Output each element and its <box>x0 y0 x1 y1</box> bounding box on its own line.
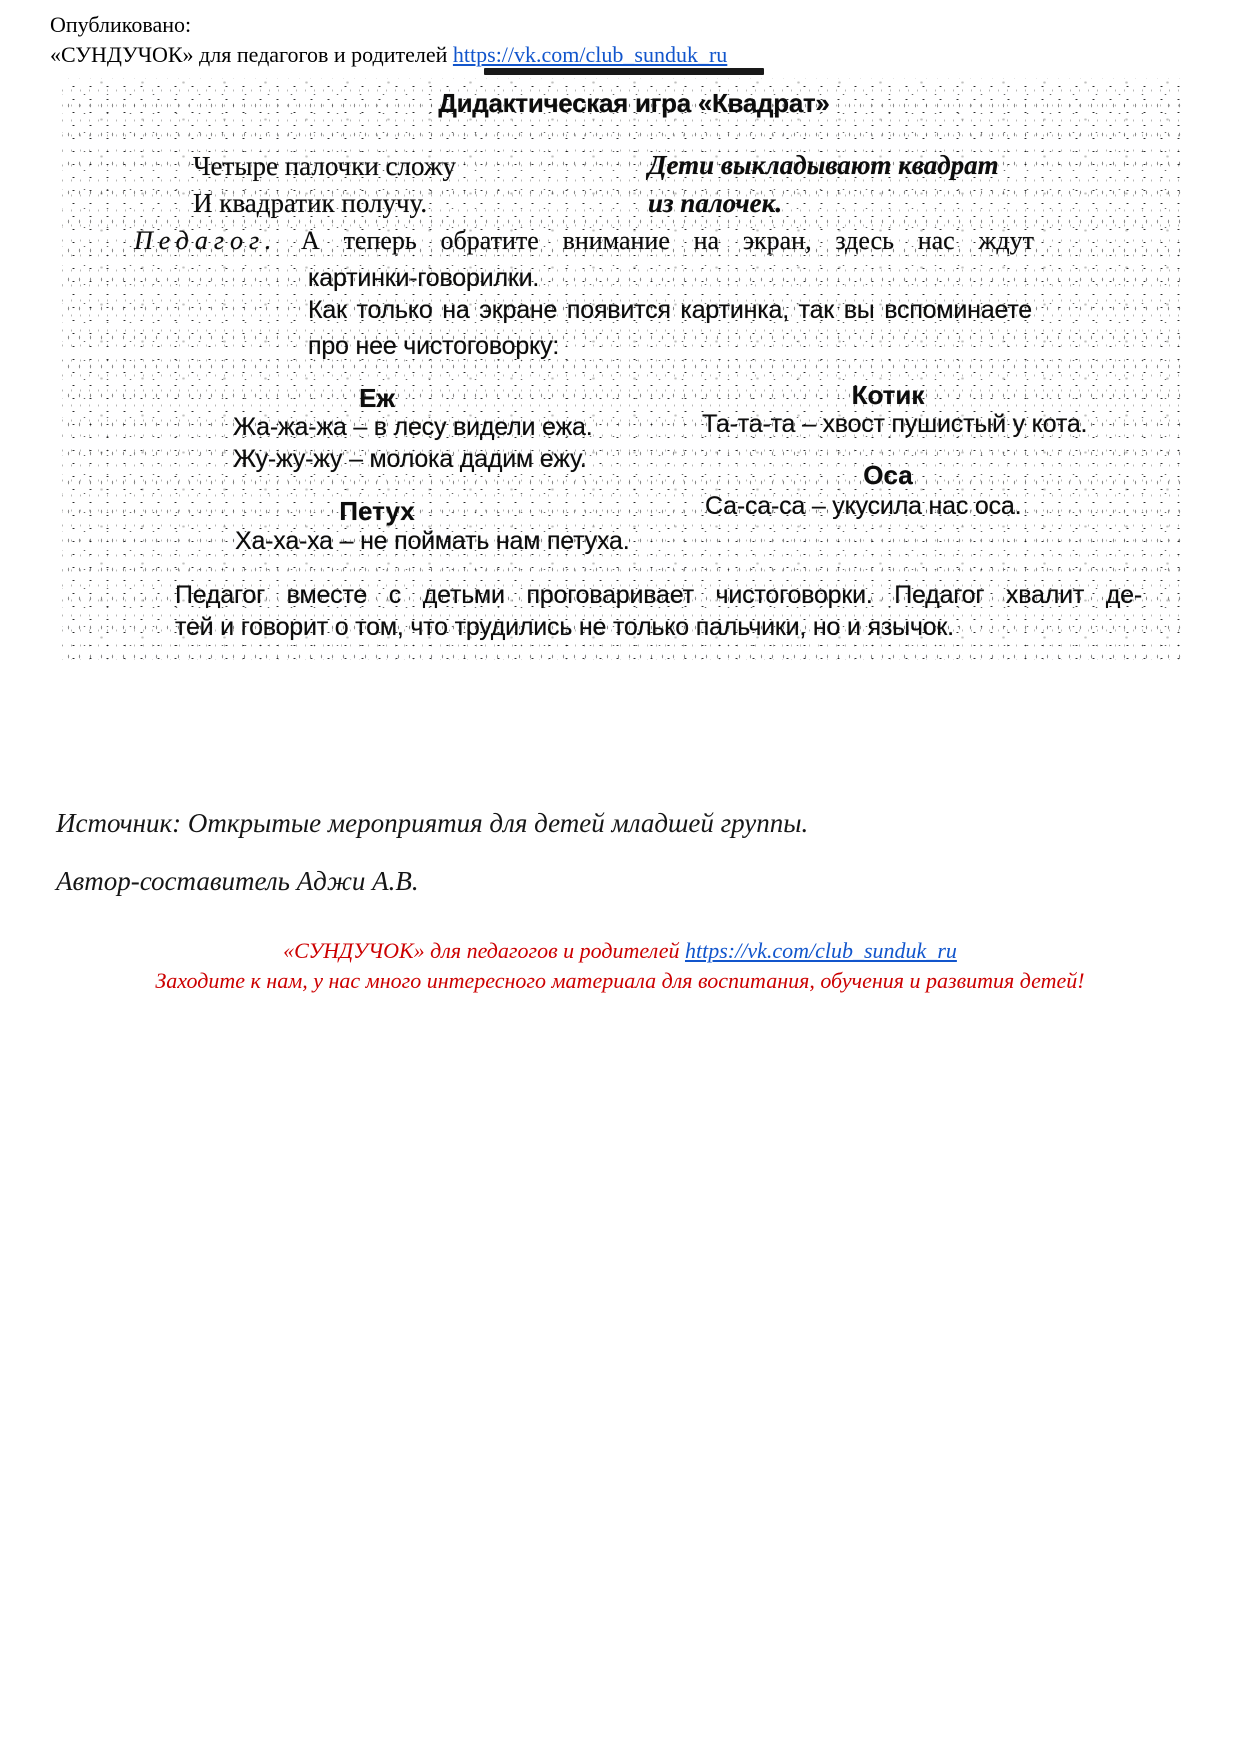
scanned-page-image: Дидактическая игра «Квадрат» Четыре пало… <box>62 78 1182 660</box>
section-title-rooster: Петух <box>167 496 587 527</box>
doc-header: Опубликовано: «СУНДУЧОК» для педагогов и… <box>50 10 727 70</box>
header-club-text: «СУНДУЧОК» для педагогов и родителей <box>50 42 453 67</box>
closing-paragraph-line-2: тей и говорит о том, что трудились не то… <box>175 613 954 642</box>
game-title: Дидактическая игра «Квадрат» <box>62 88 1182 119</box>
source-line: Источник: Открытые мероприятия для детей… <box>56 808 808 839</box>
scan-top-artifact-bar <box>484 68 764 75</box>
verse-line-2: И квадратик получу. <box>193 185 456 222</box>
verse-block: Четыре палочки сложу И квадратик получу. <box>193 148 456 222</box>
pedagog-paragraph-line-4: про нее чистоговорку: <box>308 332 559 361</box>
footer-club-line: «СУНДУЧОК» для педагогов и родителей htt… <box>0 938 1240 964</box>
pedagog-paragraph-line-2: картинки-говорилки. <box>308 264 539 293</box>
footer-invite-line: Заходите к нам, у нас много интересного … <box>0 968 1240 994</box>
remark-line-2: из палочек. <box>648 184 999 222</box>
verse-line-1: Четыре палочки сложу <box>193 148 456 185</box>
author-line: Автор-составитель Аджи А.В. <box>56 866 419 897</box>
pedagog-label: Педагог. <box>134 226 277 255</box>
chant-wasp: Са-са-са – укусила нас оса. <box>705 492 1021 521</box>
header-club-link[interactable]: https://vk.com/club_sunduk_ru <box>453 42 727 67</box>
pedagog-paragraph-line-3: Как только на экране появится картинка, … <box>308 296 1032 325</box>
published-label: Опубликовано: <box>50 10 727 40</box>
remark-line-1: Дети выкладывают квадрат <box>648 146 999 184</box>
chant-cat: Та-та-та – хвост пушистый у кота. <box>702 410 1087 439</box>
footer-club-link[interactable]: https://vk.com/club_sunduk_ru <box>685 938 957 963</box>
chant-rooster: Ха-ха-ха – не поймать нам петуха. <box>235 527 629 556</box>
closing-paragraph-line-1: Педагог вместе с детьми проговаривает чи… <box>175 581 1142 610</box>
children-action-note: Дети выкладывают квадрат из палочек. <box>648 146 999 222</box>
footer-club-text: «СУНДУЧОК» для педагогов и родителей <box>283 938 685 963</box>
chant-hedgehog-1: Жа-жа-жа – в лесу видели ежа. <box>233 413 592 442</box>
document-page: Опубликовано: «СУНДУЧОК» для педагогов и… <box>0 0 1240 1754</box>
pedagog-text: А теперь обратите внимание на экран, зде… <box>301 226 1034 255</box>
section-title-wasp: Оса <box>678 460 1098 491</box>
section-title-cat: Котик <box>678 380 1098 411</box>
header-club-line: «СУНДУЧОК» для педагогов и родителей htt… <box>50 40 727 70</box>
pedagog-paragraph-line-1: Педагог. А теперь обратите внимание на э… <box>134 226 1034 256</box>
section-title-hedgehog: Еж <box>167 383 587 414</box>
chant-hedgehog-2: Жу-жу-жу – молока дадим ежу. <box>233 445 587 474</box>
